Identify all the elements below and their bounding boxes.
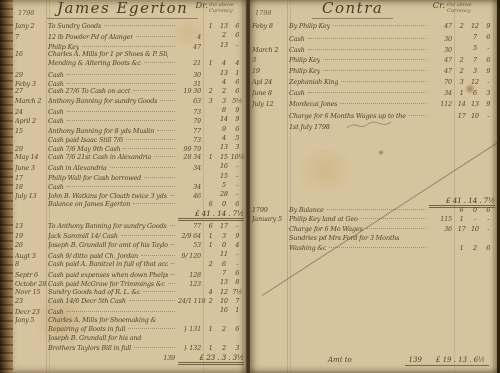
amount-cell	[204, 41, 217, 49]
amount-cell: 15	[217, 153, 230, 161]
entry-amount-lsd: 138	[204, 278, 244, 286]
entry-leader	[171, 263, 175, 264]
amount-cell: 7	[231, 297, 244, 305]
amount-cell: 13	[217, 69, 230, 77]
amount-cell: 6	[204, 222, 217, 230]
ledger-entry-row: 3Philip Key47276	[250, 56, 497, 67]
entry-amount-lsd: 126	[455, 244, 495, 252]
ledger-entry-row: March 2Cash305-	[250, 44, 497, 55]
entry-amount-lsd: 1136	[204, 22, 244, 30]
left-page-header: 1798 James Egerton Dr. the above Currenc…	[13, 0, 246, 22]
entry-leader	[341, 81, 426, 82]
entry-ref: 30	[429, 46, 455, 54]
entry-text: Jack Sammill 14/ Cash	[48, 232, 118, 240]
ledger-entry-row: 27Cash 27/6 To Cash on acct19 30226	[13, 87, 246, 96]
entry-date: May 14	[15, 153, 48, 161]
entry-ref: 9/ 120	[178, 252, 204, 260]
entry-ref: 47	[429, 22, 455, 30]
amount-cell: 9	[217, 125, 230, 133]
entry-leader	[67, 120, 175, 121]
amount-cell: 7	[468, 56, 481, 64]
amount-cell: 13	[468, 100, 481, 108]
entry-amount-lsd: 26	[204, 31, 244, 39]
entry-leader	[409, 115, 426, 116]
ledger-entry-row: Charge for 6 Months Wages up to the1710-	[250, 112, 497, 123]
ledger-entry-row: January 5Philip Key land at Geo1151--	[250, 215, 497, 225]
amount-cell: 7	[468, 33, 481, 41]
entry-text: Philip Wall for Cash borrowed	[48, 174, 141, 182]
entry-amount-lsd: 5-	[455, 44, 495, 52]
right-entries-section-1: Feby 8By Philip Key472129Cash3076March 2…	[250, 22, 497, 134]
credit-label: Cr.	[433, 1, 445, 11]
entry-text: Cash	[48, 117, 64, 125]
entry-ref: 115	[429, 215, 455, 223]
amount-cell: -	[231, 41, 244, 49]
ledger-entry-row: 8Cash paid A. Banitzel in full of that a…	[13, 260, 246, 269]
amount-cell: 17	[455, 112, 468, 120]
amount-cell: 1	[204, 22, 217, 30]
entry-text: Charge for 6 Months Wages up to the	[289, 112, 406, 120]
entry-amount-lsd: 149	[204, 115, 244, 123]
entry-amount-lsd: 46	[204, 78, 244, 86]
amount-cell	[455, 33, 468, 41]
amount-cell: -	[231, 162, 244, 170]
entry-amount-lsd: 13-	[204, 41, 244, 49]
ledger-entry-row: 19Jack Sammill 14/ Cash2/9 64139	[13, 232, 246, 241]
amount-cell	[204, 106, 217, 114]
entry-leader	[144, 177, 175, 178]
entry-leader	[121, 235, 175, 236]
amount-cell: 6	[468, 89, 481, 97]
entry-ref: 77	[178, 127, 204, 135]
amount-cell: 16	[217, 162, 230, 170]
entry-sum: £ 23 . 3 . 3½	[178, 353, 244, 365]
entry-text: By Philip Key	[289, 22, 330, 30]
amount-cell	[204, 250, 217, 258]
amount-cell: 8	[217, 106, 230, 114]
amount-cell: 3	[468, 67, 481, 75]
entry-amount-lsd: 131	[204, 69, 244, 77]
entry-amount-lsd: 89	[204, 106, 244, 114]
ledger-entry-row: Cash3076	[250, 33, 497, 44]
entry-text: Mending & Altering Boots &c	[48, 59, 141, 67]
entry-ref: 21	[178, 59, 204, 67]
ledger-entry-row: Cash paid Isaac Still 7/67345	[13, 134, 246, 143]
amount-cell	[204, 143, 217, 151]
amount-cell: 3	[204, 97, 217, 105]
amount-cell: 3	[231, 143, 244, 151]
entry-ref: 30	[429, 35, 455, 43]
entry-text: Brothers Taylors Bill in full	[48, 344, 131, 352]
ledger-entry-row: £ 41 . 14 . 7½	[250, 196, 497, 206]
entry-amount-lsd: 226	[204, 87, 244, 95]
amount-cell: 11	[217, 250, 230, 258]
amount-cell: 1	[204, 241, 217, 249]
entry-date: 1799	[252, 206, 289, 214]
amount-cell: -	[482, 78, 495, 86]
entry-date: Apl 24	[252, 78, 289, 86]
entry-amount-lsd: 276	[455, 56, 495, 64]
entry-text: Mordecai Jones	[289, 100, 337, 108]
amount-cell: 6	[231, 78, 244, 86]
amount-cell: 4	[231, 241, 244, 249]
entry-amount-lsd: 239	[455, 67, 495, 75]
entry-text: To Anthony Banning for sundry Goods	[48, 222, 167, 230]
amount-cell: 1	[204, 325, 217, 333]
right-entries-section-2: £ 41 . 14 . 7½1799By Balance606January 5…	[250, 196, 497, 254]
amount-cell: 0	[468, 206, 481, 214]
amount-cell: 6	[231, 269, 244, 277]
entry-date: 26	[15, 241, 48, 249]
entry-amount-lsd: 133	[204, 143, 244, 151]
entry-amount-lsd: 1710-	[455, 112, 495, 120]
entry-leader	[160, 100, 175, 101]
entry-leader	[134, 347, 175, 348]
ledger-entry-row: July 12Mordecai Jones11214139	[250, 100, 497, 111]
amount-cell: 6	[204, 200, 217, 208]
ledger-entry-row: 712 lb Powder Pd of Alanger426	[13, 31, 246, 40]
entry-leader	[67, 111, 175, 112]
entry-text: Philip Key land at Geo	[289, 215, 358, 223]
amount-cell: 0	[217, 200, 230, 208]
entry-amount-lsd: 5-	[204, 181, 244, 189]
entry-amount-lsd: 15-	[204, 172, 244, 180]
entry-text: To Sundry Goods	[48, 22, 101, 30]
ledger-entry-row: 26Joseph B. Grundall for amt of his Tayl…	[13, 241, 246, 250]
entry-ref: 34	[178, 183, 204, 191]
amount-cell: 4	[204, 288, 217, 296]
entry-leader	[67, 311, 175, 312]
entry-amount-lsd: 104	[204, 241, 244, 249]
ledger-entry-row: 18Cash345-	[13, 181, 246, 190]
entry-text: Cash paid expenses when down Phelps	[48, 271, 168, 279]
amount-cell: 7	[217, 269, 230, 277]
entry-leader	[171, 195, 175, 196]
amount-cell: 13	[217, 143, 230, 151]
entry-date: 16	[15, 50, 48, 58]
ledger-entry-row: Jany 2To Sundry Goods1136	[13, 22, 246, 31]
entry-date: Jany 2	[15, 22, 48, 30]
ledger-entry-row: 1st July 1798	[250, 123, 497, 134]
left-entries-section-2: 13To Anthony Banning for sundry Goods776…	[13, 222, 246, 362]
entry-date: 29	[15, 71, 48, 79]
amount-cell: 6	[231, 87, 244, 95]
entry-text: Balance on James Egerton	[48, 200, 130, 208]
amount-cell: -	[231, 250, 244, 258]
amount-cell: 6	[482, 56, 495, 64]
entry-text: Cash	[48, 108, 64, 116]
entry-date: 3	[252, 56, 289, 64]
amount-cell: 3	[455, 78, 468, 86]
entry-text: Joseph B. Grundall for his and	[48, 334, 141, 342]
footer-folio-ref: 139	[409, 356, 422, 364]
entry-leader	[110, 167, 175, 168]
amount-cell: 8	[231, 278, 244, 286]
amount-cell: 3	[217, 232, 230, 240]
amount-cell: 2	[455, 22, 468, 30]
entry-date: 24	[15, 108, 48, 116]
ledger-entry-row: Brothers Taylors Bill in full} 132123	[13, 344, 246, 353]
amount-cell	[204, 181, 217, 189]
left-entries-section-1: Jany 2To Sundry Goods1136712 lb Powder P…	[13, 22, 246, 218]
entry-amount-lsd: 45	[204, 134, 244, 142]
amount-cell: 7½	[231, 288, 244, 296]
ledger-entry-row: 1799By Balance606	[250, 206, 497, 216]
entry-text: Sundry Goods had of R. L. &c	[48, 288, 140, 296]
entry-date: 19	[15, 232, 48, 240]
ledger-entry-row: Octobr 28Cash paid McGraw for Trimmings …	[13, 278, 246, 287]
ledger-entry-row: July 13John B. Watkins for Cloath twice …	[13, 190, 246, 199]
amount-cell: 2	[217, 87, 230, 95]
entry-amount-lsd: 26-	[204, 260, 244, 268]
entry-amount-lsd: 76	[455, 33, 495, 41]
entry-date: June 8	[252, 89, 289, 97]
amount-cell: -	[231, 222, 244, 230]
amount-cell: 1	[204, 59, 217, 67]
entry-text: By Balance	[289, 206, 324, 214]
ledger-entry-row: Feby 3Cash3146	[13, 78, 246, 87]
amount-cell: 9	[231, 232, 244, 240]
ledger-entry-row: Apl 24Zephaniah King70312-	[250, 78, 497, 89]
amount-cell: -	[482, 112, 495, 120]
amount-cell	[204, 78, 217, 86]
ledger-entry-row: Philip Key4713-	[13, 41, 246, 50]
amount-cell: 2	[204, 260, 217, 268]
entry-amount-lsd: 126	[204, 325, 244, 333]
amount-cell: 2	[204, 297, 217, 305]
entry-text: Repairing of Boots in full	[48, 325, 125, 333]
right-page-header: 1798 Contra Cr. the above Currency	[250, 0, 497, 22]
amount-cell: 2	[217, 344, 230, 352]
entry-amount-lsd: 1710-	[455, 225, 495, 233]
amount-cell: 10	[468, 225, 481, 233]
entry-amount-lsd: 2129	[455, 22, 495, 30]
ledger-entry-row: Balance on James Egerton606	[13, 200, 246, 209]
amount-cell: 9	[482, 100, 495, 108]
entry-text: Cash 27/6 To Cash on acct	[48, 87, 130, 95]
entry-amount-lsd: 617-	[204, 222, 244, 230]
amount-cell: 3	[231, 344, 244, 352]
entry-ref: 77	[178, 222, 204, 230]
ledger-entry-row: 29Cash 7/6 May 9th Cash99 79133	[13, 143, 246, 152]
entry-ref: 34	[178, 164, 204, 172]
entry-text: Charles A. Mills for Shoemaking &	[48, 316, 156, 324]
entry-amount-lsd: 2107	[204, 297, 244, 305]
amount-cell: 10½	[231, 153, 244, 161]
entry-amount-lsd: 96	[204, 125, 244, 133]
amount-cell	[204, 269, 217, 277]
amount-cell: 6	[482, 206, 495, 214]
amount-cell: 10	[217, 297, 230, 305]
entry-text: Cash	[289, 89, 305, 97]
entry-leader	[133, 203, 175, 204]
amount-cell	[204, 125, 217, 133]
amount-cell: 3	[482, 89, 495, 97]
entry-text: Cash 7/6 21st Cash in Alexandria	[48, 153, 151, 161]
entry-amount-lsd: 606	[455, 206, 495, 214]
ledger-entry-row: 13To Anthony Banning for sundry Goods776…	[13, 222, 246, 231]
amount-cell: 2	[468, 244, 481, 252]
left-page-title: James Egerton	[47, 0, 198, 19]
entry-text: Washing &c	[289, 244, 326, 252]
amount-cell: 2	[204, 87, 217, 95]
ledger-entry-row: 15Anthony Banning for 8 yds Muslin7796	[13, 125, 246, 134]
entry-leader	[126, 139, 175, 140]
amount-cell: 6	[231, 22, 244, 30]
amount-cell: 5½	[231, 97, 244, 105]
entry-text: 12 lb Powder Pd of Alanger	[48, 33, 133, 41]
ledger-entry-row: April 2Cash79149	[13, 115, 246, 124]
entry-ref: 4	[178, 33, 204, 41]
entry-text: Cash	[289, 46, 305, 54]
amount-cell: 4	[217, 134, 230, 142]
amount-cell: 6	[482, 244, 495, 252]
ledger-book-photo: 1798 James Egerton Dr. the above Currenc…	[0, 0, 500, 373]
amount-cell: 15	[217, 172, 230, 180]
amount-cell: 14	[217, 115, 230, 123]
entry-leader	[323, 59, 426, 60]
ledger-entry-row: 19Philip Key47239	[250, 67, 497, 78]
amount-cell	[204, 162, 217, 170]
entry-ref: } 131	[178, 325, 204, 333]
amount-cell: 4	[217, 59, 230, 67]
entry-ref: 70	[429, 78, 455, 86]
entry-ref: 47	[429, 56, 455, 64]
amount-cell: -	[482, 215, 495, 223]
footer-label: Amt to	[328, 356, 352, 364]
entry-leader	[327, 209, 426, 210]
ledger-entry-row: Novr 15Sundry Goods had of R. L. &c4127½	[13, 288, 246, 297]
ledger-entry-row: Sundries pd Mrs Ford for 3 Months	[250, 234, 497, 244]
entry-text: Sundries pd Mrs Ford for 3 Months	[289, 234, 399, 242]
entry-date: 17	[15, 174, 48, 182]
entry-ref: 123	[178, 280, 204, 288]
entry-amount-lsd: 14139	[455, 100, 495, 108]
entry-amount-lsd: 161	[204, 306, 244, 314]
amount-cell: 5	[231, 134, 244, 142]
entry-leader	[171, 244, 175, 245]
entry-amount-lsd: 1--	[455, 215, 495, 223]
entry-text: Philip Key	[289, 56, 320, 64]
entry-leader	[82, 46, 175, 47]
amount-cell	[204, 278, 217, 286]
ledger-entry-row: May 14Cash 7/6 21st Cash in Alexandria28…	[13, 153, 246, 162]
entry-leader	[333, 25, 426, 26]
entry-text: Cash paid A. Banitzel in full of that ac…	[48, 260, 168, 268]
amount-cell: 5	[468, 44, 481, 52]
amount-cell: 2	[455, 56, 468, 64]
amount-cell: 2	[217, 325, 230, 333]
entry-leader	[67, 186, 175, 187]
entry-amount-lsd: 4127½	[204, 288, 244, 296]
amount-cell	[204, 306, 217, 314]
amount-cell: 9	[231, 106, 244, 114]
amount-cell: 16	[217, 306, 230, 314]
entry-text: Anthony Banning for sundry Goods	[48, 97, 157, 105]
amount-cell: 9	[482, 22, 495, 30]
amount-cell: -	[231, 190, 244, 198]
ledger-entry-row: 24Cash7389	[13, 106, 246, 115]
entry-date: 7	[15, 33, 48, 41]
entry-leader	[154, 156, 175, 157]
footer-amount: £ 19 . 13 . 6½	[436, 356, 485, 364]
amount-cell: 1	[204, 153, 217, 161]
entry-leader	[141, 255, 175, 256]
entry-leader	[308, 49, 426, 50]
amount-cell: 17	[217, 222, 230, 230]
entry-date: January 5	[252, 215, 289, 223]
entry-ref: 36	[429, 225, 455, 233]
right-page-year: 1798	[255, 9, 272, 17]
amount-cell: 4	[217, 78, 230, 86]
ledger-entry-row: Septr 6Cash paid expenses when down Phel…	[13, 269, 246, 278]
amount-cell	[204, 115, 217, 123]
amount-cell: 3	[217, 97, 230, 105]
entry-date: 27	[15, 87, 48, 95]
amount-cell: 1	[455, 244, 468, 252]
entry-date: July 12	[252, 100, 289, 108]
entry-text: Cash	[48, 71, 64, 79]
amount-cell: 6	[217, 260, 230, 268]
entry-leader	[323, 70, 426, 71]
entry-leader	[340, 103, 426, 104]
amount-cell: -	[231, 172, 244, 180]
entry-leader	[308, 38, 426, 39]
entry-text: Philip Key	[289, 67, 320, 75]
ledger-entry-row: 23Cash 14/6 Decr 5th Cash24/1 1182107	[13, 297, 246, 306]
entry-date: Novr 15	[15, 288, 48, 296]
ink-blot	[378, 150, 384, 155]
entry-text: Cash 14/6 Decr 5th Cash	[48, 297, 126, 305]
ledger-entry-row: 139£ 23 . 3 . 3½	[13, 353, 246, 362]
amount-cell	[204, 134, 217, 142]
ledger-entry-row: Decr 23Cash161	[13, 306, 246, 315]
entry-text: Cash	[289, 35, 305, 43]
entry-ref: 47	[429, 67, 455, 75]
amount-cell	[204, 31, 217, 39]
ledger-entry-row: June 8Cash34163	[250, 89, 497, 100]
amount-cell: 17	[455, 225, 468, 233]
left-ledger-page: 1798 James Egerton Dr. the above Currenc…	[13, 0, 246, 373]
entry-amount-lsd: 139	[204, 232, 244, 240]
amount-cell: 5	[217, 181, 230, 189]
entry-amount-lsd: 11510½	[204, 153, 244, 161]
entry-ref: } 132	[178, 344, 204, 352]
ledger-entry-row: Charge for 6 Mo Wages361710-	[250, 225, 497, 235]
amount-cell: 1	[455, 215, 468, 223]
entry-date: 19	[252, 67, 289, 75]
entry-date: 18	[15, 183, 48, 191]
amount-cell	[455, 44, 468, 52]
amount-cell: 1	[204, 344, 217, 352]
entry-leader	[144, 62, 175, 63]
amount-cell: 4	[231, 59, 244, 67]
amount-cell: 13	[217, 41, 230, 49]
entry-ref: 47	[178, 43, 204, 51]
entry-leader	[104, 25, 175, 26]
amount-cell: 14	[455, 100, 468, 108]
entry-leader	[366, 228, 426, 229]
entry-date: July 13	[15, 192, 48, 200]
entry-leader	[168, 283, 175, 284]
entry-leader	[329, 247, 426, 248]
entry-leader	[67, 74, 175, 75]
entry-text: Anthony Banning for 8 yds Muslin	[48, 127, 154, 135]
entry-ref: 112	[429, 100, 455, 108]
right-page-title: Contra	[312, 0, 393, 19]
right-page-footer: Amt to 139 £ 19 . 13 . 6½	[328, 356, 489, 366]
entry-text: Zephaniah King	[289, 78, 338, 86]
